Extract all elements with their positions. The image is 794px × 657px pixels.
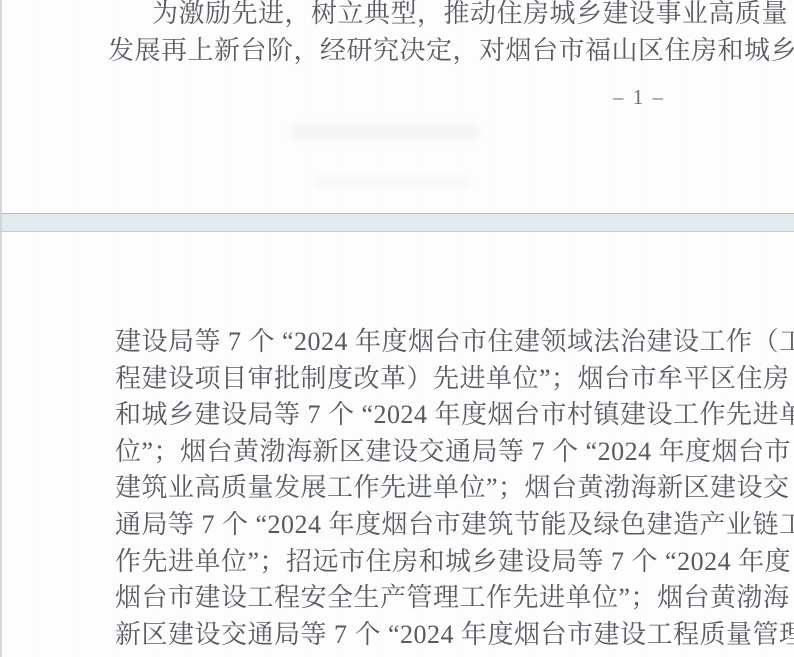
- viewer-edge: [0, 0, 2, 657]
- text-line: 位”；烟台黄渤海新区建设交通局等 7 个 “2024 年度烟台市: [115, 434, 671, 471]
- page-1: 为激励先进，树立典型，推动住房城乡建设事业高质量 发展再上新台阶，经研究决定，对…: [0, 0, 794, 213]
- text-line: 建设局等 7 个 “2024 年度烟台市住建领域法治建设工作（工: [115, 324, 671, 361]
- document-viewer: 为激励先进，树立典型，推动住房城乡建设事业高质量 发展再上新台阶，经研究决定，对…: [0, 0, 794, 657]
- text-line: 烟台市建设工程安全生产管理工作先进单位”；烟台黄渤海: [115, 580, 671, 617]
- text-line: 和城乡建设局等 7 个 “2024 年度烟台市村镇建设工作先进单: [115, 397, 671, 434]
- text-line: 作先进单位”；招远市住房和城乡建设局等 7 个 “2024 年度: [115, 544, 671, 581]
- text-line: 通局等 7 个 “2024 年度烟台市建筑节能及绿色建造产业链工: [115, 507, 671, 544]
- text-line: 新区建设交通局等 7 个 “2024 年度烟台市建设工程质量管理: [115, 617, 671, 654]
- page-gap-divider: [0, 213, 794, 232]
- page-number: – 1 –: [613, 85, 665, 110]
- scan-smudge: [315, 177, 470, 186]
- text-line: 为激励先进，树立典型，推动住房城乡建设事业高质量: [108, 0, 672, 33]
- text-line: 建筑业高质量发展工作先进单位”；烟台黄渤海新区建设交: [115, 470, 671, 507]
- page-2: 建设局等 7 个 “2024 年度烟台市住建领域法治建设工作（工 程建设项目审批…: [0, 232, 794, 657]
- text-line: 程建设项目审批制度改革）先进单位”；烟台市牟平区住房: [115, 361, 671, 398]
- page-1-text-block: 为激励先进，树立典型，推动住房城乡建设事业高质量 发展再上新台阶，经研究决定，对…: [108, 0, 672, 69]
- page-2-text-block: 建设局等 7 个 “2024 年度烟台市住建领域法治建设工作（工 程建设项目审批…: [115, 324, 671, 653]
- text-line: 发展再上新台阶，经研究决定，对烟台市福山区住房和城乡: [108, 33, 672, 70]
- scan-smudge: [290, 124, 480, 140]
